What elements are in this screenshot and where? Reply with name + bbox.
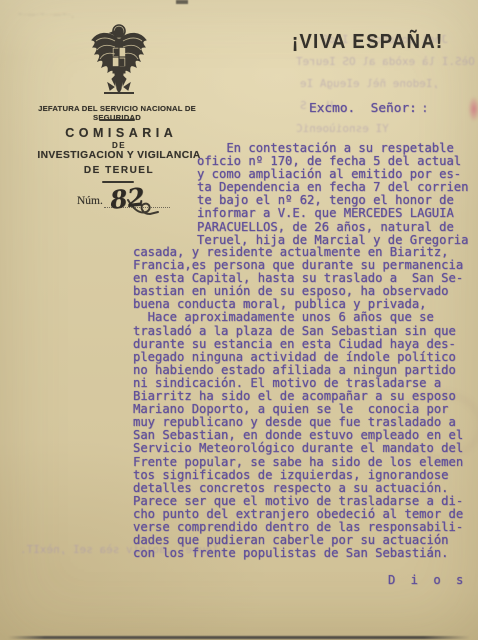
francoist-eagle-emblem [88, 23, 150, 99]
typed-line: informar a V.E. que MERCEDES LAGUIA [197, 207, 469, 220]
letterhead-de-teruel: DE TERUEL [30, 165, 208, 176]
num-label: Núm. [77, 195, 103, 207]
typed-line: Servicio Meteorológico durante el mandat… [133, 442, 463, 455]
typed-line: Hace aproximadamente unos 6 años que se [133, 311, 463, 324]
typed-line: con los frente populistas de San Sebasti… [133, 547, 463, 560]
letterhead-de: DE [30, 141, 208, 150]
corner-smudge-mark: ~·—·~··—~·, [18, 10, 88, 19]
bleedthrough-text: ,Iedone ñèl eIeugA Ie [300, 77, 439, 90]
scanned-letter-page: ~·—·~··—~·, Jodi oodobco . IooS OèS.I là… [0, 0, 478, 640]
red-edge-mark [468, 96, 478, 122]
letterhead-comisaria: COMISARIA [30, 126, 208, 140]
bleedthrough-text: YI esnoiùoeniC [296, 122, 389, 135]
letterhead-divider [99, 119, 135, 121]
bleedthrough-text: OèS.I là exòda al OS IeureT [296, 55, 475, 68]
letter-body-upper: En contestación a su respetable oficio n… [197, 142, 469, 247]
typed-line: detalles concretos respecto a su actuaci… [133, 482, 463, 495]
stray-colon-mark: : [421, 102, 429, 115]
typed-line: tos significados de izquierdas, ignorand… [133, 469, 463, 482]
typed-line: trasladó a la plaza de San Sebastian sin… [133, 325, 463, 338]
typed-line: no habiendo estado afiliada a ningun par… [133, 364, 463, 377]
letterhead-investigacion: INVESTIGACION Y VIGILANCIA [30, 150, 208, 161]
salutation: Excmo. Señor: [309, 102, 417, 115]
closing-word: D i o s [388, 574, 467, 587]
typed-line: Frente popular, se sabe ha sido de los e… [133, 456, 463, 469]
handwriting-flourish [126, 196, 160, 218]
typed-line: PARACUELLOS, de 26 años, natural de [197, 221, 469, 234]
viva-espana-slogan: ¡VIVA ESPAÑA! [292, 31, 444, 54]
typed-line: plegado ninguna actividad de índole polí… [133, 351, 463, 364]
scan-edge-top-mark [176, 0, 188, 4]
typed-line: cho punto del extranjero obedeció al tem… [133, 508, 463, 521]
letter-body-lower: casada, y residente actualmente en Biari… [133, 246, 463, 560]
scan-edge-bottom [8, 636, 470, 639]
typed-line: durante su estancia en esta Ciudad haya … [133, 338, 463, 351]
typed-line: Parece ser que el motivo de trasladarse … [133, 495, 463, 508]
